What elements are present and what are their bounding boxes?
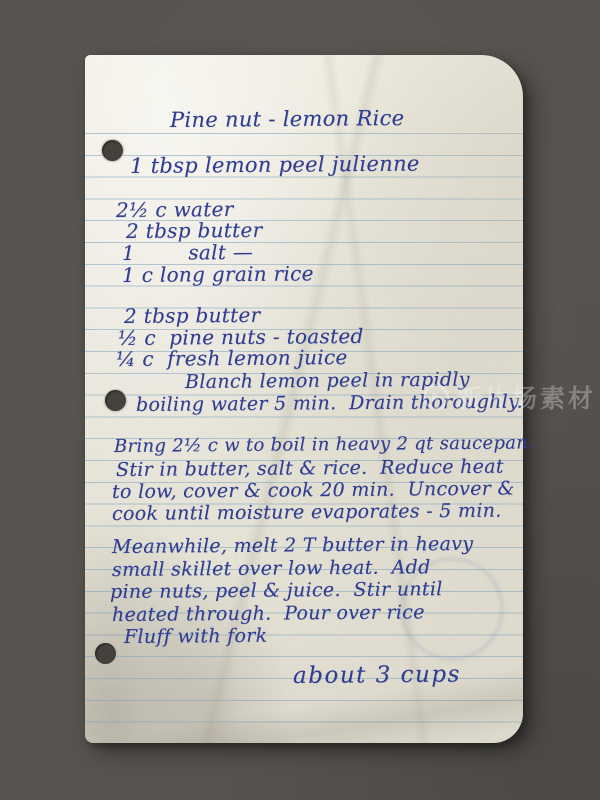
recipe-line: 1 c long grain rice xyxy=(122,261,314,287)
recipe-line: 1 tbsp lemon peel julienne xyxy=(130,151,420,178)
watermark-text: 新片场素材 xyxy=(456,379,596,415)
recipe-line: Meanwhile, melt 2 T butter in heavy xyxy=(112,533,473,558)
punch-hole-top xyxy=(102,140,123,161)
recipe-line: heated through. Pour over rice xyxy=(112,601,425,626)
watermark-logo-icon xyxy=(423,384,449,410)
recipe-yield: about 3 cups xyxy=(293,662,461,689)
recipe-line: Bring 2½ c w to boil in heavy 2 qt sauce… xyxy=(114,432,534,457)
punch-hole-bottom xyxy=(95,643,116,664)
recipe-line: ¼ c fresh lemon juice xyxy=(116,345,348,371)
photo-canvas: Pine nut - lemon Rice 1 tbsp lemon peel … xyxy=(0,0,600,800)
recipe-line: pine nuts, peel & juice. Stir until xyxy=(110,578,443,603)
stock-watermark: 新片场素材 xyxy=(423,379,596,415)
recipe-line: Fluff with fork xyxy=(124,625,268,648)
recipe-line: cook until moisture evaporates - 5 min. xyxy=(112,500,502,525)
recipe-title: Pine nut - lemon Rice xyxy=(170,106,405,132)
recipe-line: small skillet over low heat. Add xyxy=(112,556,431,581)
punch-hole-middle xyxy=(105,390,126,411)
